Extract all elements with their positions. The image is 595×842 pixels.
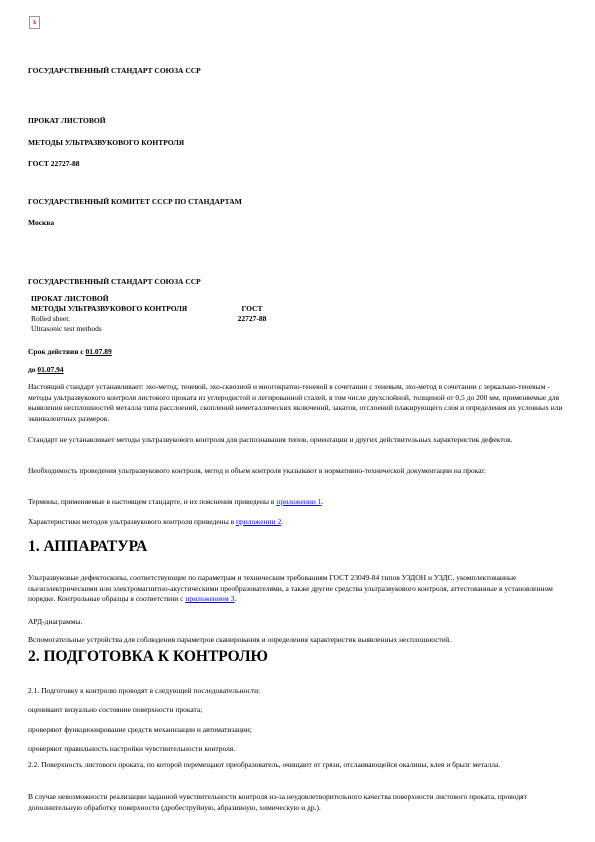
title-block-gost-cell: ГОСТ 22727-88	[217, 294, 287, 334]
validity-from-date-link[interactable]: 01.07.89	[86, 347, 112, 356]
paragraph-ard-diagrams: АРД-диаграммы.	[28, 617, 566, 628]
paragraph-2-1-item-3: проверяют правильность настройки чувстви…	[28, 744, 566, 755]
methods-title-line: МЕТОДЫ УЛЬТРАЗВУКОВОГО КОНТРОЛЯ	[28, 138, 566, 149]
city-line: Москва	[28, 218, 566, 229]
appendix-3-link[interactable]: приложением 3	[185, 594, 234, 603]
gost-code: 22727-88	[217, 314, 287, 324]
section-1-heading: 1. АППАРАТУРА	[28, 538, 566, 556]
equipment-suffix: .	[235, 594, 237, 603]
paragraph-aux-devices: Вспомогательные устройства для соблюдени…	[28, 635, 566, 646]
committee-line: ГОСУДАРСТВЕННЫЙ КОМИТЕТ СССР ПО СТАНДАРТ…	[28, 197, 566, 208]
document-page: x ГОСУДАРСТВЕННЫЙ СТАНДАРТ СОЮЗА ССР ПРО…	[0, 0, 595, 842]
title-en-line-1: Rolled sheet.	[31, 314, 217, 324]
paragraph-equipment: Ультразвуковые дефектоскопы, соответству…	[28, 573, 566, 605]
title-block-table: ПРОКАТ ЛИСТОВОЙ МЕТОДЫ УЛЬТРАЗВУКОВОГО К…	[28, 294, 566, 334]
paragraph-2-1: 2.1. Подготовку к контролю проводят в сл…	[28, 686, 566, 697]
gost-label: ГОСТ	[217, 304, 287, 314]
paragraph-2-1-item-1: оценивают визуально состояние поверхност…	[28, 705, 566, 716]
equipment-text: Ультразвуковые дефектоскопы, соответству…	[28, 573, 553, 603]
paragraph-2-1-item-2: проверяют функционирование средств механ…	[28, 725, 566, 736]
validity-from-prefix: Срок действия с	[28, 347, 86, 356]
title-en-line-2: Ultrasonic test methods	[31, 324, 217, 334]
appendix-1-link[interactable]: приложении 1	[276, 497, 321, 506]
paragraph-not-covered: Стандарт не устанавливает методы ультраз…	[28, 435, 566, 446]
paragraph-terms: Термины, применяемые в настоящем стандар…	[28, 497, 566, 508]
org-header-line-2: ГОСУДАРСТВЕННЫЙ СТАНДАРТ СОЮЗА ССР	[28, 277, 566, 288]
broken-image-x-glyph: x	[33, 19, 37, 26]
validity-to-date-link[interactable]: 01.07.94	[37, 365, 63, 374]
chars-text: Характеристики методов ультразвукового к…	[28, 517, 236, 526]
paragraph-2-2: 2.2. Поверхность листового проката, по к…	[28, 760, 566, 771]
gost-number-line: ГОСТ 22727-88	[28, 159, 566, 170]
org-header-line: ГОСУДАРСТВЕННЫЙ СТАНДАРТ СОЮЗА ССР	[28, 66, 566, 77]
title-block-left-cell: ПРОКАТ ЛИСТОВОЙ МЕТОДЫ УЛЬТРАЗВУКОВОГО К…	[28, 294, 217, 334]
paragraph-characteristics: Характеристики методов ультразвукового к…	[28, 517, 566, 528]
paragraph-2-2-note: В случае невозможности реализации заданн…	[28, 792, 566, 813]
terms-text: Термины, применяемые в настоящем стандар…	[28, 497, 276, 506]
section-2-heading: 2. ПОДГОТОВКА К КОНТРОЛЮ	[28, 648, 566, 666]
product-title-line: ПРОКАТ ЛИСТОВОЙ	[28, 116, 566, 127]
terms-suffix: .	[322, 497, 324, 506]
appendix-2-link[interactable]: приложении 2	[236, 517, 281, 526]
title-ru-line-1: ПРОКАТ ЛИСТОВОЙ	[31, 294, 217, 304]
validity-to-line: до 01.07.94	[28, 365, 566, 376]
paragraph-scope: Настоящий стандарт устанавливает: эхо-ме…	[28, 382, 566, 424]
broken-image-icon: x	[29, 16, 40, 29]
chars-suffix: .	[281, 517, 283, 526]
validity-from-line: Срок действия с 01.07.89	[28, 347, 566, 358]
title-ru-line-2: МЕТОДЫ УЛЬТРАЗВУКОВОГО КОНТРОЛЯ	[31, 304, 217, 314]
paragraph-necessity: Необходимость проведения ультразвукового…	[28, 466, 566, 477]
validity-to-prefix: до	[28, 365, 37, 374]
